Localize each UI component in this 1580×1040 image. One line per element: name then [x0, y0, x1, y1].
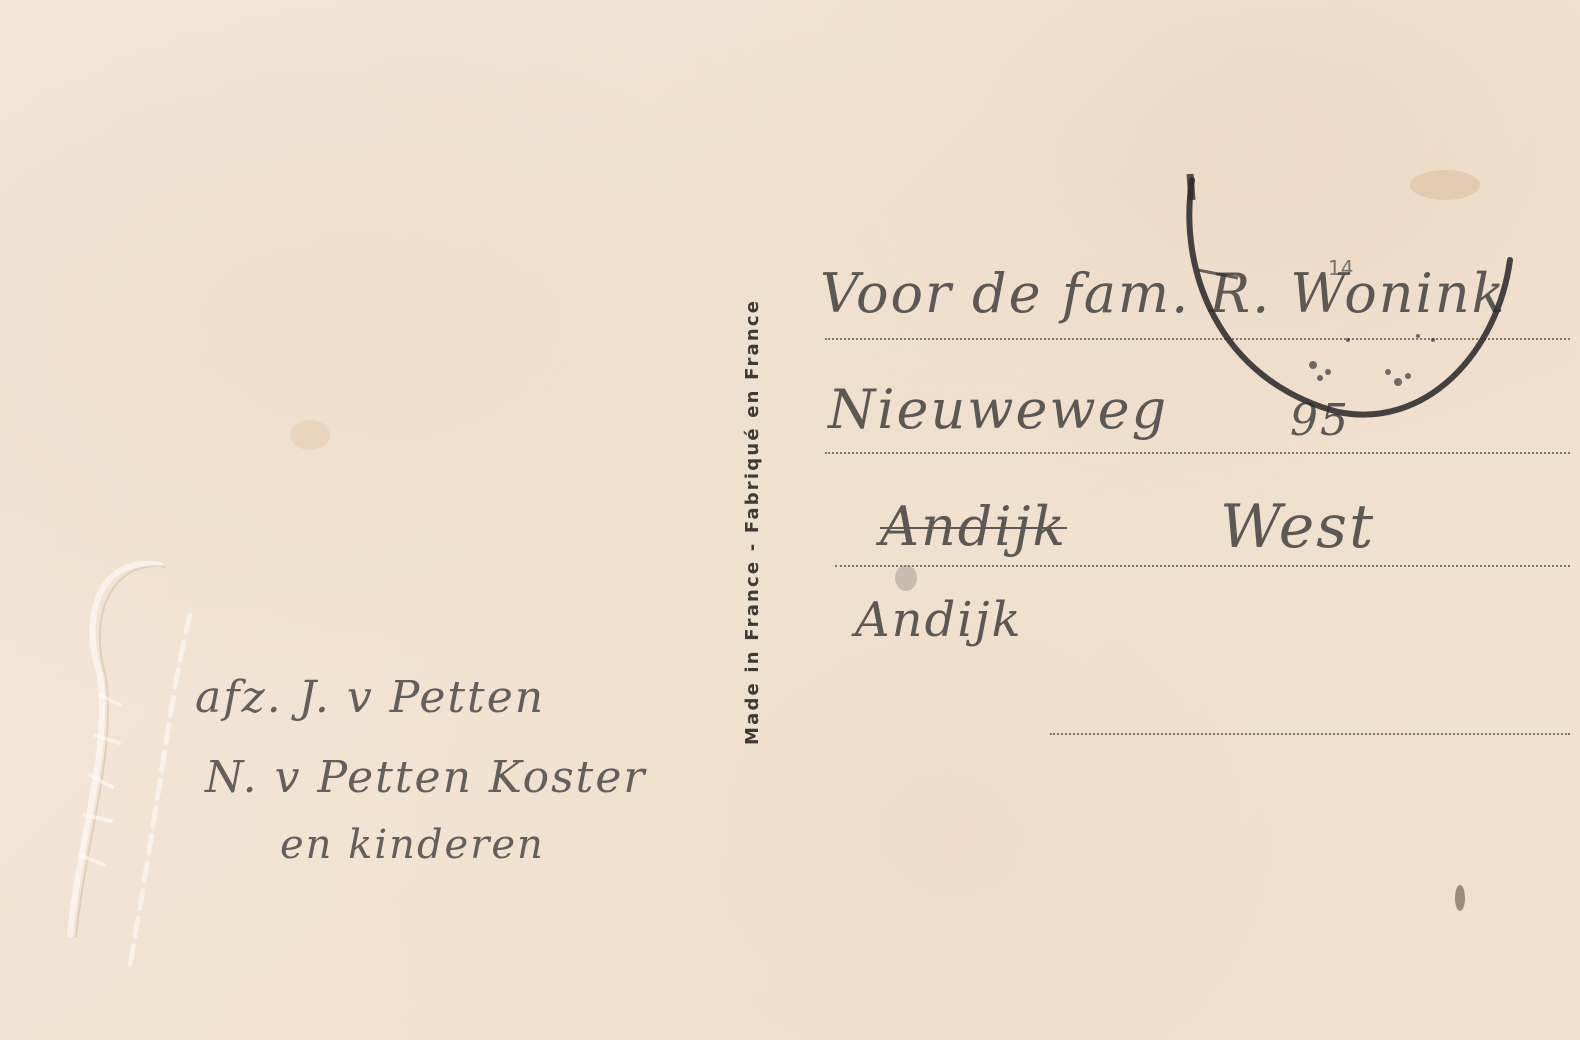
paper-stain: [290, 420, 330, 450]
address-line-3: [835, 565, 1570, 567]
sender-line-2: N. v Petten Koster: [205, 752, 646, 803]
address-town-struck: Andijk: [880, 495, 1067, 558]
address-street: Nieuweweg: [828, 378, 1168, 441]
address-line-4: [1050, 733, 1570, 735]
printed-divider-text: Made in France - Fabriqué en France: [742, 299, 763, 745]
sender-line-1: afz. J. v Petten: [195, 672, 545, 723]
postmark-icon: 14: [1178, 150, 1518, 420]
paper-stain: [895, 565, 917, 591]
svg-text:14: 14: [1328, 256, 1353, 280]
address-town-correction: Andijk: [855, 592, 1023, 648]
address-town-suffix: West: [1220, 492, 1375, 562]
address-line-2: [825, 452, 1570, 454]
embossed-mark: [40, 555, 210, 975]
sender-line-3: en kinderen: [280, 822, 545, 868]
paper-stain: [1455, 885, 1465, 911]
postcard-back: Made in France - Fabriqué en France Voor…: [0, 0, 1580, 1040]
